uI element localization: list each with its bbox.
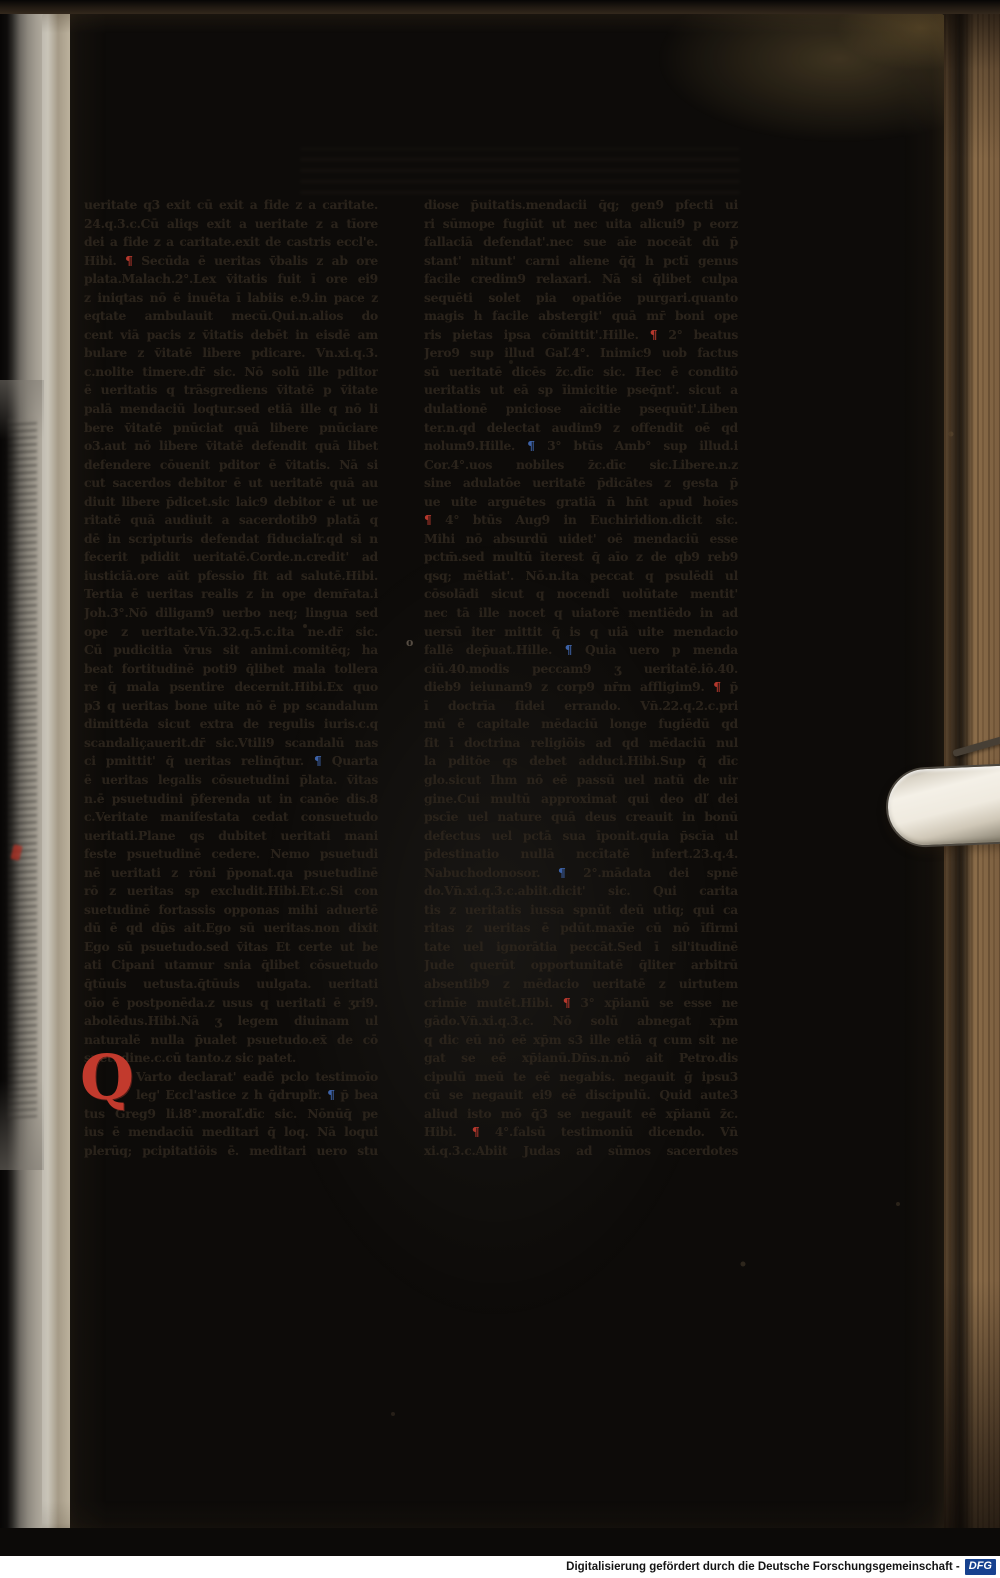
- text-line: oīo ē postponēda.z usus q ueritati ē ʒri…: [84, 994, 378, 1013]
- rubric-pilcrow: ¶: [558, 865, 566, 880]
- text-line: Joh.3°.Nō diligam9 uerbo neq; lingua sed: [84, 604, 378, 623]
- text-line: Tertia ē ueritas realis z in ope demr̄at…: [84, 585, 378, 604]
- text-line: abolēdus.Hibi.Nā ʒ legem diuinam uľ: [84, 1012, 378, 1031]
- book-bottom-edge: [0, 1528, 1000, 1556]
- text-line: sequēti solet pia opatiōe purgari.quanto: [424, 289, 738, 308]
- digitization-credit-bar: Digitalisierung gefördert durch die Deut…: [0, 1556, 1000, 1578]
- text-line: dei a fide z a caritate.exit de castris …: [84, 233, 378, 252]
- text-line: facile credim9 relaxari. Nā si q̄libet c…: [424, 270, 738, 289]
- text-line: glo.sicut Ihm nō eē passū uel natū de ui…: [424, 771, 738, 790]
- text-line: absentib9 z mēdacio ueritatē z uirtutem: [424, 975, 738, 994]
- text-line: feste psuetudinē cedere. Nemo psuetudi: [84, 845, 378, 864]
- text-line: cū se negauit ei9 eē discipulū. Quid aut…: [424, 1086, 738, 1105]
- text-line: aliud isto mō q̄3 se negauit eē xp̄ianū …: [424, 1105, 738, 1124]
- text-line: cōsolādi sicut q nocendi uolūtate mentit…: [424, 585, 738, 604]
- book-scan: ueritate q3 exit cū exit a fide z a cari…: [0, 0, 1000, 1578]
- text-line: nē ueritati z rōni p̄ponat.qa psuetudinē: [84, 864, 378, 883]
- text-line: defendere cōuenit pditor ē v̄itatis. Nā …: [84, 456, 378, 475]
- text-line: Hibi. ¶ Secūda ē ueritas v̄balis z ab or…: [84, 252, 378, 271]
- text-line: tis z ueritatis iussa spnūt deū utiq; qu…: [424, 901, 738, 920]
- text-line: ciū.40.modis peccam9 ʒ ueritatē.iō.40.: [424, 660, 738, 679]
- text-line: ē ueritatis q trāsgrediens v̄itatē p v̄i…: [84, 381, 378, 400]
- text-line: Nabuchodonosor. ¶ 2°.mādata dei spnē: [424, 864, 738, 883]
- text-line: fallē dep̄uat.Hille. ¶ Quia uero p menda: [424, 641, 738, 660]
- rubricated-initial: Q: [80, 1050, 130, 1108]
- text-line: stant' nitunt' carni aliene q̄q̄ h pctī …: [424, 252, 738, 271]
- text-line: q̄tūuis uetusta.q̄tūuis uulgata. ueritat…: [84, 975, 378, 994]
- text-line: cut sacerdos debitor ē ut ueritatē quā a…: [84, 474, 378, 493]
- text-line: suetudinē fortassis opponas mihi aduertē: [84, 901, 378, 920]
- text-line: c.Veritate manifestata cedat consuetudo: [84, 808, 378, 827]
- text-line: diose p̄uitatis.mendacii q̄q; gen9 pfect…: [424, 196, 738, 215]
- text-line: crimīe mutēt.Hibi. ¶ 3° xp̄ianū se esse …: [424, 994, 738, 1013]
- rubric-pilcrow: ¶: [527, 438, 535, 453]
- rubric-pilcrow: ¶: [125, 253, 133, 268]
- margin-mark: o: [406, 636, 413, 649]
- text-line: Jero9 sup illud Gaľ.4°. Inimic9 uob fact…: [424, 344, 738, 363]
- text-line: ris pietas ipsa cōmittit'.Hille. ¶ 2° be…: [424, 326, 738, 345]
- text-line: dieb9 ieiunam9 z corp9 nr̄m affligim9. ¶…: [424, 678, 738, 697]
- text-line: ueritati.Plane qs dubitet ueritati mani: [84, 827, 378, 846]
- text-line: fecerit pdidit ueritatē.Corde.n.credit' …: [84, 548, 378, 567]
- text-line: palā mendaciū loqtur.sed etiā ille q nō …: [84, 400, 378, 419]
- text-line: z iniqtas nō ē inuēta ī labiis e.9.in pa…: [84, 289, 378, 308]
- book-top-edge: [0, 0, 1000, 14]
- text-line: plata.Malach.2°.Lex v̄itatis fuit ī ore …: [84, 270, 378, 289]
- ink-showthrough: [300, 148, 740, 194]
- text-line: Ego sū psuetudo.sed v̄itas Et certe ut b…: [84, 938, 378, 957]
- text-line: magis h facile abstergit' quā mr̄ boni o…: [424, 307, 738, 326]
- text-line: n.ē psuetudini p̄ferenda ut in canōe dis…: [84, 790, 378, 809]
- text-line: cipulū meū te eē negabis. negauit ḡ ipsu…: [424, 1068, 738, 1087]
- credit-text: Digitalisierung gefördert durch die Deut…: [566, 1561, 960, 1573]
- dfg-logo: DFG: [965, 1559, 996, 1575]
- rubric-pilcrow: ¶: [327, 1087, 335, 1102]
- text-line: Cor.4°.uos nobiles z̄c.dīc sic.Libere.n.…: [424, 456, 738, 475]
- text-line: ci pmittit' q̄ ueritas relinq̄tur. ¶ Qua…: [84, 752, 378, 771]
- text-line: fallaciā defendat'.nec sue aīe noceāt dū…: [424, 233, 738, 252]
- text-line: p̄destinatio nullā nccītatē infert.23.q.…: [424, 845, 738, 864]
- text-line: diuit libere p̄dicet.sic laic9 debitor ē…: [84, 493, 378, 512]
- text-line: c.nolite timere.dr̄ sic. Nō solū ille pd…: [84, 363, 378, 382]
- text-line: nec tā ille nocet q uiatorē mentiēdo in …: [424, 604, 738, 623]
- rubric-pilcrow: ¶: [713, 679, 721, 694]
- rubric-pilcrow: ¶: [472, 1124, 480, 1139]
- text-line: Cū pudicitia v̄rus sit animi.comitēq; ha: [84, 641, 378, 660]
- text-line: sine adulatōe ueritatē p̄dicātes z gesta…: [424, 474, 738, 493]
- text-line: ē ueritas legalis cōsuetudini p̄lata. v̄…: [84, 771, 378, 790]
- text-line: gat se eē xp̄ianū.Dn̄s.n.nō ait Petro.di…: [424, 1049, 738, 1068]
- text-line: pscīe uel nature quā deus creauit in bon…: [424, 808, 738, 827]
- text-line: do.Vn̄.xi.q.3.c.abiit.dicit' sic. Qui ca…: [424, 882, 738, 901]
- text-line: sū ueritatē dicēs z̄c.dīc sic. Hec ē con…: [424, 363, 738, 382]
- text-line: ueritatis ut eā sp īimicitie pseq̄nt'. s…: [424, 381, 738, 400]
- text-line: fit ī doctrina religiōis ad qd mēdaciū n…: [424, 734, 738, 753]
- text-line: Mihi nō absurdū uidet' oē mendaciū esse: [424, 530, 738, 549]
- text-line: la pditōe qs debet adduci.Hibi.Sup q̄ dī…: [424, 752, 738, 771]
- text-line: plerūq; pcipitatiōis ē. meditari uero st…: [84, 1142, 378, 1161]
- text-line: qsq; mētiat'. Nō.n.ita peccat q psulēdi …: [424, 567, 738, 586]
- text-line: beat fortitudinē poti9 q̄libet mala toll…: [84, 660, 378, 679]
- text-line: o3.aut nō libere v̄itatē defendit quā li…: [84, 437, 378, 456]
- text-line: p3 q ueritas bone uite nō ē pp scandalum: [84, 697, 378, 716]
- text-line: scandaliçauerit.dr̄ sic.Vtili9 scandalū …: [84, 734, 378, 753]
- text-line: ritas z ueritas ē pdūt.maxīe cū nō īfirm…: [424, 919, 738, 938]
- text-line: Jude querūt opportunitatē q̄liter arbitr…: [424, 956, 738, 975]
- text-line: dulationē pniciose aīcitie psequūt'.Libe…: [424, 400, 738, 419]
- text-line: cent viā pacis z v̄itatis debēt in eisdē…: [84, 326, 378, 345]
- text-line: defectus uel pctā sua īponit.quia p̄scīa…: [424, 827, 738, 846]
- spine-shadow: [0, 380, 44, 1170]
- text-line: mū ē capitale mēdaciū longe fugiēdū qd: [424, 715, 738, 734]
- text-line: bere v̄itatē pnūciat quā libere pnūciare: [84, 419, 378, 438]
- text-column-right: diose p̄uitatis.mendacii q̄q; gen9 pfect…: [424, 196, 738, 1160]
- rubric-pilcrow: ¶: [314, 753, 322, 768]
- text-line: pctm̄.sed multū īterest q̄ aīo z de qb9 …: [424, 548, 738, 567]
- text-line: ¶ 4° btūs Aug9 in Euchiridion.dicit sic.: [424, 511, 738, 530]
- text-line: ueritate q3 exit cū exit a fide z a cari…: [84, 196, 378, 215]
- text-line: ope z ueritate.Vn̄.32.q.5.c.ita ne.dr̄ s…: [84, 623, 378, 642]
- rubric-pilcrow: ¶: [424, 512, 432, 527]
- text-line: dimittēda sicut extra de regulis iuris.c…: [84, 715, 378, 734]
- text-line: Hibi. ¶ 4°.falsū testimoniū dicendo. Vn̄: [424, 1123, 738, 1142]
- text-line: ue uite arguētes gratiā n̄ hn̄t apud hoī…: [424, 493, 738, 512]
- text-line: 24.q.3.c.Cū aliqs exit a ueritate z a tī…: [84, 215, 378, 234]
- text-line: tate uel ignorātia peccāt.Sed ī sil'itud…: [424, 938, 738, 957]
- text-line: bulare z v̄itatē libere pdicare. Vn.xi.q…: [84, 344, 378, 363]
- text-line: q dic eū nō eē xp̄m s3 ille etiā q cum s…: [424, 1031, 738, 1050]
- text-line: rō z ueritas sp excludit.Hibi.Et.c.Si co…: [84, 882, 378, 901]
- text-line: iusticiā.ore aūt pfessio fit ad salutē.H…: [84, 567, 378, 586]
- text-line: eqtate ambulauit mecū.Qui.n.alios do: [84, 307, 378, 326]
- text-line: ritatē quā audiuit a sacerdotib9 platā q: [84, 511, 378, 530]
- text-line: nolum9.Hille. ¶ 3° btūs Amb° sup illud.i: [424, 437, 738, 456]
- text-line: dē in scripturis defendat fiduciaľr.qd s…: [84, 530, 378, 549]
- text-line: ter.n.qd delectat audim9 z offendit oē q…: [424, 419, 738, 438]
- text-line: gādo.Vn̄.xi.q.3.c. Nō solū abnegat xp̄m: [424, 1012, 738, 1031]
- text-line: gine.Cui multū approximat qui deo dľ dei: [424, 790, 738, 809]
- text-line: uersū iter mittit q̄ is q uiā uite menda…: [424, 623, 738, 642]
- text-column-left: ueritate q3 exit cū exit a fide z a cari…: [84, 196, 378, 1160]
- text-line: ius ē mendaciū meditari q̄ loq. Nā loqui: [84, 1123, 378, 1142]
- metal-page-clip: [884, 763, 1000, 849]
- text-line: ri sūmope fugiūt ut nec uita alicui9 p e…: [424, 215, 738, 234]
- text-line: ati Cipani utamur snia q̄libet cōsuetudo: [84, 956, 378, 975]
- text-line: dū ē qd dn̄s ait.Ego sū ueritas.non dixi…: [84, 919, 378, 938]
- text-line: xi.q.3.c.Abiit Judas ad sūmos sacerdotes: [424, 1142, 738, 1161]
- text-line: ī doctrīa fidei errando. Vn̄.22.q.2.c.pr…: [424, 697, 738, 716]
- text-line: re q̄ mala psentire decernit.Hibi.Ex quo: [84, 678, 378, 697]
